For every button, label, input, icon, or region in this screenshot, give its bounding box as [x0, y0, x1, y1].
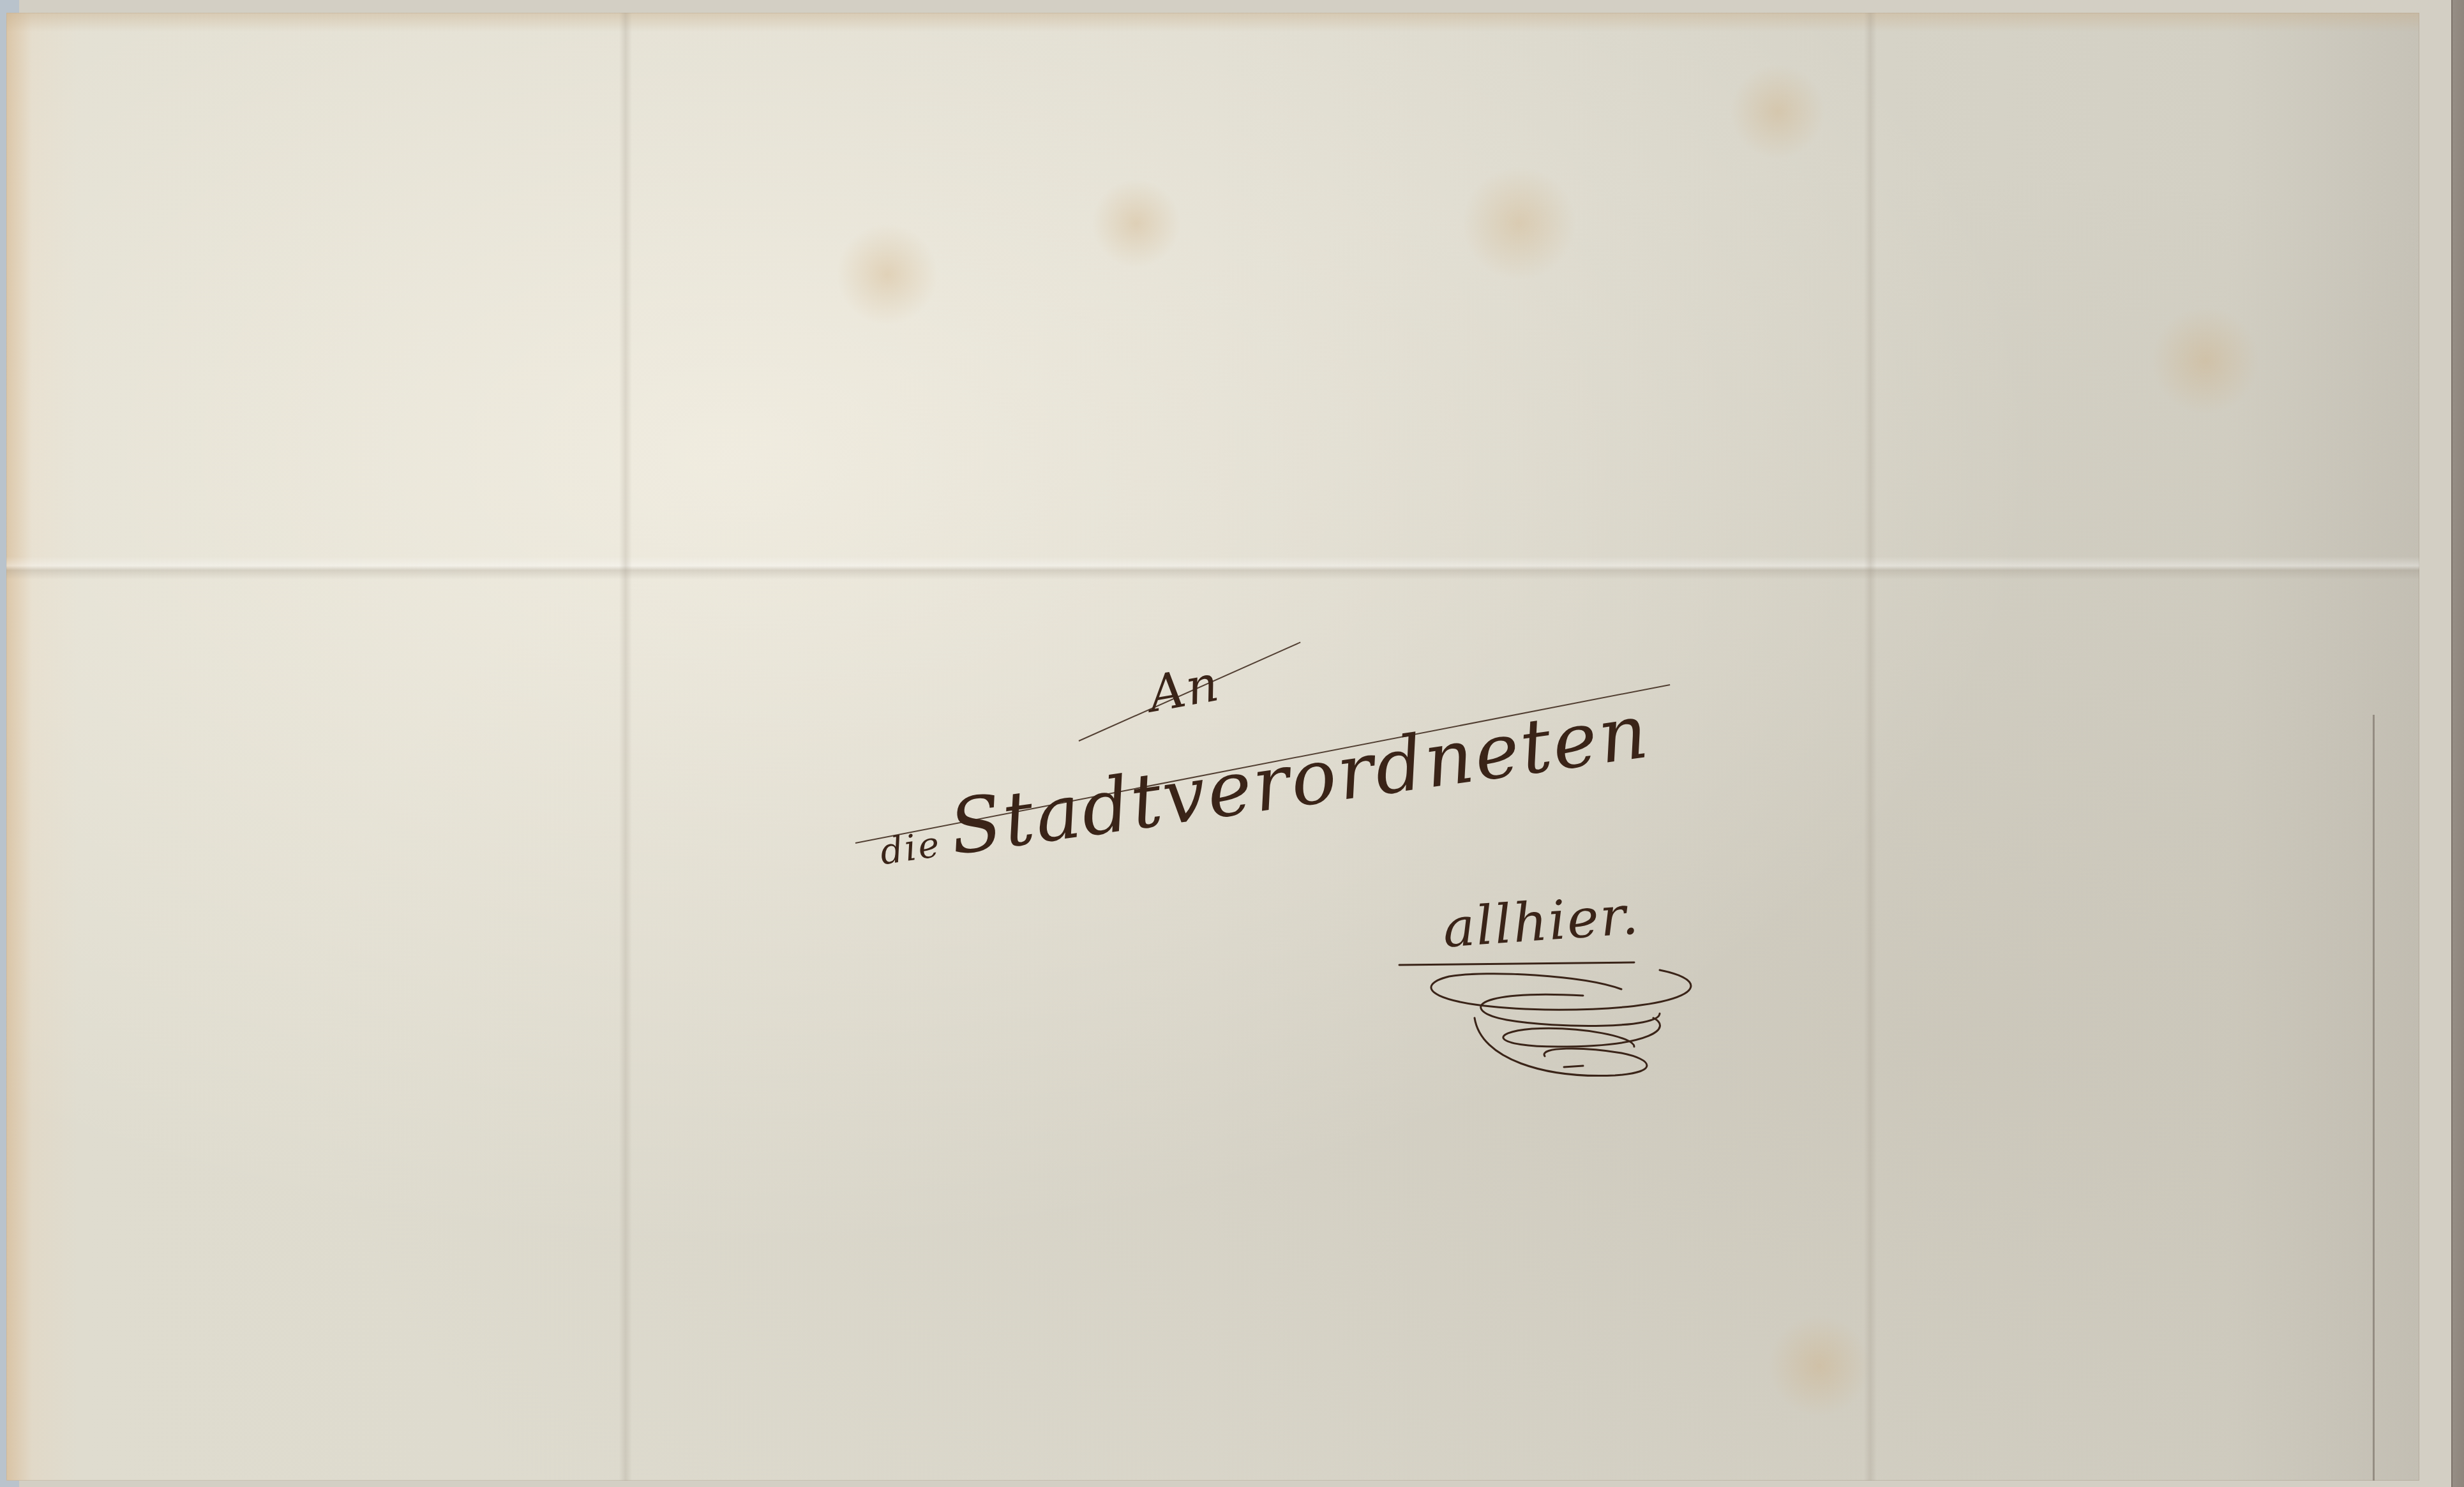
signature-flourish-icon [1392, 957, 1724, 1098]
place: allhier. [1441, 883, 1641, 959]
salutation: An [1145, 655, 1224, 724]
recipient-name: Stadtverordneten [944, 687, 1655, 872]
recipient-line: dieStadtverordneten [872, 687, 1655, 882]
recipient-prefix: die [878, 824, 944, 874]
letter-paper: An dieStadtverordneten allhier. [6, 13, 2419, 1481]
address-block: An dieStadtverordneten allhier. [6, 13, 2419, 1481]
